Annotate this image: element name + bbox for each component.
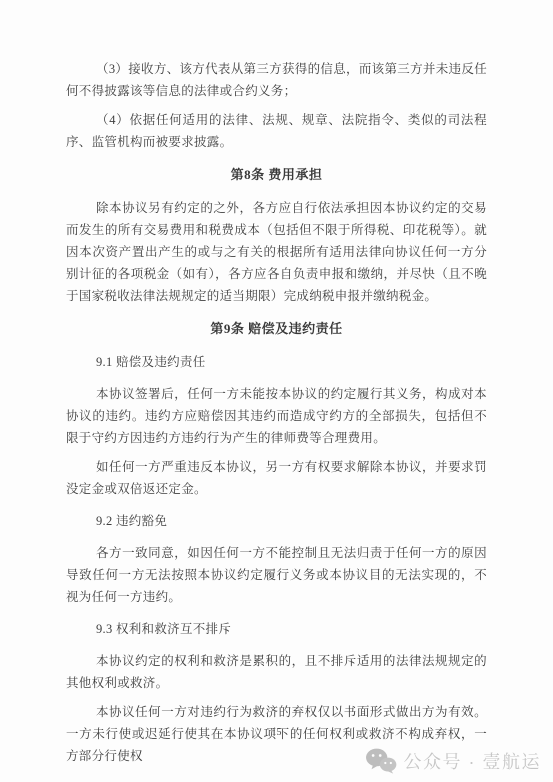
section-9-1-paragraph-1: 本协议签署后，任何一方未能按本协议的约定履行其义务，构成对本协议的违约。违约方应… (66, 383, 487, 449)
wechat-icon (365, 748, 397, 774)
section-9-1-paragraph-2: 如任何一方严重违反本协议，另一方有权要求解除本协议，并要求罚没定金或双倍返还定金… (66, 456, 487, 500)
page-number: 15 (0, 727, 553, 738)
clause-item-4: （4）依据任何适用的法律、法规、规章、法院指令、类似的司法程序、监管机构而被要求… (66, 109, 487, 153)
article-8-paragraph: 除本协议另有约定的之外，各方应自行依法承担因本协议约定的交易而发生的所有交易费用… (66, 197, 487, 307)
section-9-2-paragraph-1: 各方一致同意，如因任何一方不能控制且无法归责于任何一方的原因导致任何一方无法按照… (66, 542, 487, 608)
section-9-2-heading: 9.2 违约豁免 (66, 510, 487, 532)
article-8-heading: 第8条 费用承担 (66, 164, 487, 186)
watermark-text: 公众号 · 壹航运 (404, 748, 542, 774)
watermark: 公众号 · 壹航运 (365, 748, 542, 774)
section-9-3-paragraph-1: 本协议约定的权利和救济是累积的，且不排斥适用的法律法规规定的其他权利或救济。 (66, 650, 487, 694)
section-9-1-heading: 9.1 赔偿及违约责任 (66, 351, 487, 373)
document-page: （3）接收方、该方代表从第三方获得的信息，而该第三方并未违反任何不得披露该等信息… (0, 0, 553, 782)
clause-item-3: （3）接收方、该方代表从第三方获得的信息，而该第三方并未违反任何不得披露该等信息… (66, 58, 487, 102)
article-9-heading: 第9条 赔偿及违约责任 (66, 318, 487, 340)
document-content: （3）接收方、该方代表从第三方获得的信息，而该第三方并未违反任何不得披露该等信息… (66, 58, 487, 774)
section-9-3-heading: 9.3 权利和救济互不排斥 (66, 618, 487, 640)
